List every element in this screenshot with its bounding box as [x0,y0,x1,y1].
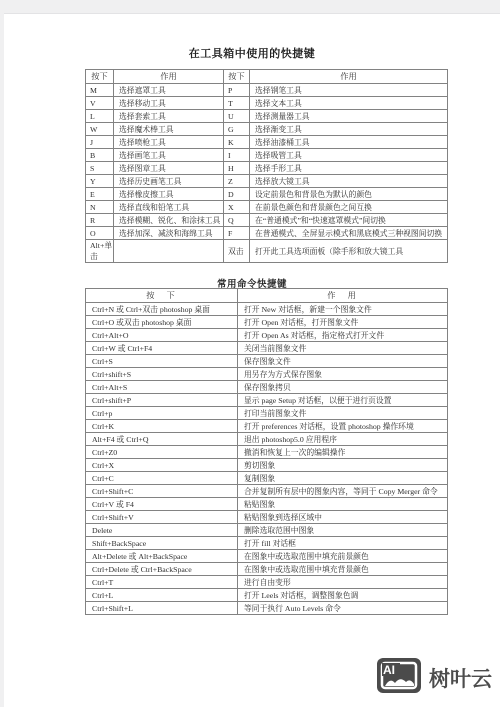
table-row: R选择模糊、锐化、和涂抹工具Q在“普通模式”和“快速遮罩模式”间切换 [86,214,448,227]
table-row: Ctrl+O 或双击 photoshop 桌面打开 Open 对话框，打开图象文… [86,316,448,329]
table-cell: Ctrl+Shift+V [86,511,238,524]
page: 在工具箱中使用的快捷键 按下作用按下作用M选择遮罩工具P选择钢笔工具V选择移动工… [4,13,500,707]
table-row: Y选择历史画笔工具Z选择放大镜工具 [86,175,448,188]
table-cell: D [224,188,250,201]
table-row: Ctrl+L打开 Leels 对话框，调整图象色调 [86,589,448,602]
table-cell: 打开 Leels 对话框，调整图象色调 [238,589,448,602]
table-cell: 用另存为方式保存图象 [238,368,448,381]
table-cell: Ctrl+Shift+L [86,602,238,615]
table-cell: Ctrl+Alt+O [86,329,238,342]
watermark: AI 树叶云 [376,656,492,699]
table-cell: 选择测量器工具 [250,110,448,123]
table-cell: 设定前景色和背景色为默认的颜色 [250,188,448,201]
table-cell: Q [224,214,250,227]
table-row: Shift+BackSpace打开 fill 对话框 [86,537,448,550]
table-cell: E [86,188,114,201]
table-cell: 选择加深、减淡和海绵工具 [114,227,224,240]
table-cell: 选择吸管工具 [250,149,448,162]
table-row: Ctrl+Shift+V粘贴图象到选择区域中 [86,511,448,524]
table-cell: 删除选取范围中图象 [238,524,448,537]
table-cell: 选择套索工具 [114,110,224,123]
table-row: Ctrl+Z0撤消和恢复上一次的编辑操作 [86,446,448,459]
table-cell: 在“普通模式”和“快速遮罩模式”间切换 [250,214,448,227]
table-cell: Ctrl+K [86,420,238,433]
table-cell: 选择钢笔工具 [250,84,448,97]
table-cell: Ctrl+p [86,407,238,420]
table-cell: 在前景色颜色和背景颜色之间互换 [250,201,448,214]
table-cell: 在图象中或选取范围中填充背景颜色 [238,563,448,576]
table-cell: Ctrl+L [86,589,238,602]
table-cell: X [224,201,250,214]
table-cell: H [224,162,250,175]
section1-title: 在工具箱中使用的快捷键 [4,45,500,61]
table-cell: Ctrl+shift+S [86,368,238,381]
table-cell: 在图象中或选取范围中填充前景颜色 [238,550,448,563]
table-row: W选择魔术棒工具G选择渐变工具 [86,123,448,136]
table-cell: 选择移动工具 [114,97,224,110]
column-header: 按下 [224,70,250,84]
table-cell: I [224,149,250,162]
table-cell: T [224,97,250,110]
table-cell: U [224,110,250,123]
column-header: 作用 [250,70,448,84]
table-cell: 关闭当前图象文件 [238,342,448,355]
table-cell: 进行自由变形 [238,576,448,589]
table-cell: Ctrl+T [86,576,238,589]
toolbox-shortcuts-table: 按下作用按下作用M选择遮罩工具P选择钢笔工具V选择移动工具T选择文本工具L选择套… [85,69,448,263]
table-row: Ctrl+W 或 Ctrl+F4关闭当前图象文件 [86,342,448,355]
table-row: Alt+Delete 或 Alt+BackSpace在图象中或选取范围中填充前景… [86,550,448,563]
table-cell: 打开 Open As 对话框，指定格式打开文件 [238,329,448,342]
column-header: 作用 [114,70,224,84]
table-cell: Ctrl+C [86,472,238,485]
table-cell: Z [224,175,250,188]
table-cell: 显示 page Setup 对话框，以便于进行页设置 [238,394,448,407]
table-cell: G [224,123,250,136]
table-cell: 选择放大镜工具 [250,175,448,188]
table-row: Ctrl+shift+S用另存为方式保存图象 [86,368,448,381]
table-row: Ctrl+S保存图象文件 [86,355,448,368]
column-header: 作 用 [238,289,448,303]
table-row: M选择遮罩工具P选择钢笔工具 [86,84,448,97]
table-cell: 选择模糊、锐化、和涂抹工具 [114,214,224,227]
table-row: B选择画笔工具I选择吸管工具 [86,149,448,162]
table-cell: Alt+F4 或 Ctrl+Q [86,433,238,446]
header-row: 按 下作 用 [86,289,448,303]
table-cell: O [86,227,114,240]
table-row: Ctrl+p打印当前图象文件 [86,407,448,420]
table-row: Ctrl+Shift+L等同于执行 Auto Levels 命令 [86,602,448,615]
table-cell: 打印当前图象文件 [238,407,448,420]
table-row: Ctrl+K打开 preferences 对话框，设置 photoshop 操作… [86,420,448,433]
table-row: S选择图章工具H选择手形工具 [86,162,448,175]
table-cell: 选择油漆桶工具 [250,136,448,149]
table-cell: J [86,136,114,149]
table-cell: N [86,201,114,214]
table-row: O选择加深、减淡和海绵工具F在普通模式、全屏显示模式和黑底模式三种视图间切换 [86,227,448,240]
table-cell: 选择画笔工具 [114,149,224,162]
table-row: Ctrl+N 或 Ctrl+双击 photoshop 桌面打开 New 对话框，… [86,303,448,316]
table-cell: Ctrl+Shift+C [86,485,238,498]
table-cell: Ctrl+Z0 [86,446,238,459]
table-cell: 保存图象拷贝 [238,381,448,394]
table-row: Ctrl+T进行自由变形 [86,576,448,589]
table-cell: 打开 fill 对话框 [238,537,448,550]
table-cell: 复制图象 [238,472,448,485]
column-header: 按 下 [86,289,238,303]
table-cell: 选择魔术棒工具 [114,123,224,136]
table-cell: 选择历史画笔工具 [114,175,224,188]
table-row: Ctrl+X剪切图象 [86,459,448,472]
table-cell: 打开 New 对话框，新建一个图象文件 [238,303,448,316]
table-cell: Alt+单击 [86,240,114,263]
table-cell: V [86,97,114,110]
table-cell: B [86,149,114,162]
table-row: Ctrl+C复制图象 [86,472,448,485]
table-cell: 打开 Open 对话框，打开图象文件 [238,316,448,329]
table-cell: 合并复制所有层中的图象内容，等同于 Copy Merger 命令 [238,485,448,498]
table-cell: 选择渐变工具 [250,123,448,136]
table-cell: L [86,110,114,123]
table-cell: 选择喷枪工具 [114,136,224,149]
table-cell: Ctrl+N 或 Ctrl+双击 photoshop 桌面 [86,303,238,316]
table-cell: 粘贴图象 [238,498,448,511]
table-row: Alt+单击双击打开此工具选项面板（除手形和放大镜工具 [86,240,448,263]
table-row: Ctrl+Delete 或 Ctrl+BackSpace在图象中或选取范围中填充… [86,563,448,576]
table-row: E选择橡皮擦工具D设定前景色和背景色为默认的颜色 [86,188,448,201]
table-row: Ctrl+Shift+C合并复制所有层中的图象内容，等同于 Copy Merge… [86,485,448,498]
table-cell: 等同于执行 Auto Levels 命令 [238,602,448,615]
table-cell [114,240,224,263]
table-cell: Y [86,175,114,188]
table-cell: 选择橡皮擦工具 [114,188,224,201]
watermark-text: 树叶云 [429,663,492,693]
table-cell: M [86,84,114,97]
table-row: Alt+F4 或 Ctrl+Q退出 photoshop5.0 应用程序 [86,433,448,446]
table-cell: K [224,136,250,149]
header-row: 按下作用按下作用 [86,70,448,84]
table-cell: R [86,214,114,227]
table-cell: Ctrl+S [86,355,238,368]
table-row: L选择套索工具U选择测量器工具 [86,110,448,123]
table-row: Delete删除选取范围中图象 [86,524,448,537]
table-row: Ctrl+shift+P显示 page Setup 对话框，以便于进行页设置 [86,394,448,407]
document-canvas: 在工具箱中使用的快捷键 按下作用按下作用M选择遮罩工具P选择钢笔工具V选择移动工… [0,0,500,707]
table-cell: W [86,123,114,136]
table-cell: S [86,162,114,175]
table-cell: Alt+Delete 或 Alt+BackSpace [86,550,238,563]
table-row: Ctrl+V 或 F4粘贴图象 [86,498,448,511]
table-cell: 剪切图象 [238,459,448,472]
table-cell: 保存图象文件 [238,355,448,368]
table-cell: 打开 preferences 对话框，设置 photoshop 操作环境 [238,420,448,433]
table-cell: 打开此工具选项面板（除手形和放大镜工具 [250,240,448,263]
table-cell: 粘贴图象到选择区域中 [238,511,448,524]
column-header: 按下 [86,70,114,84]
table-cell: Ctrl+X [86,459,238,472]
table-row: V选择移动工具T选择文本工具 [86,97,448,110]
table-cell: 选择文本工具 [250,97,448,110]
table-cell: 双击 [224,240,250,263]
table-row: J选择喷枪工具K选择油漆桶工具 [86,136,448,149]
table-cell: P [224,84,250,97]
command-shortcuts-table: 按 下作 用Ctrl+N 或 Ctrl+双击 photoshop 桌面打开 Ne… [85,288,448,615]
table-cell: 选择手形工具 [250,162,448,175]
svg-text:AI: AI [383,663,395,677]
ai-image-icon: AI [376,656,422,699]
table-cell: 选择遮罩工具 [114,84,224,97]
table-cell: Ctrl+O 或双击 photoshop 桌面 [86,316,238,329]
table-cell: Delete [86,524,238,537]
table-cell: 选择直线和铅笔工具 [114,201,224,214]
table-cell: F [224,227,250,240]
table-cell: Ctrl+shift+P [86,394,238,407]
table-cell: Ctrl+V 或 F4 [86,498,238,511]
table-row: N选择直线和铅笔工具X在前景色颜色和背景颜色之间互换 [86,201,448,214]
table-cell: Shift+BackSpace [86,537,238,550]
table-row: Ctrl+Alt+O打开 Open As 对话框，指定格式打开文件 [86,329,448,342]
table-cell: 选择图章工具 [114,162,224,175]
table-cell: 撤消和恢复上一次的编辑操作 [238,446,448,459]
table-cell: Ctrl+Delete 或 Ctrl+BackSpace [86,563,238,576]
table-cell: Ctrl+Alt+S [86,381,238,394]
table-cell: Ctrl+W 或 Ctrl+F4 [86,342,238,355]
table-cell: 在普通模式、全屏显示模式和黑底模式三种视图间切换 [250,227,448,240]
table-cell: 退出 photoshop5.0 应用程序 [238,433,448,446]
table-row: Ctrl+Alt+S保存图象拷贝 [86,381,448,394]
